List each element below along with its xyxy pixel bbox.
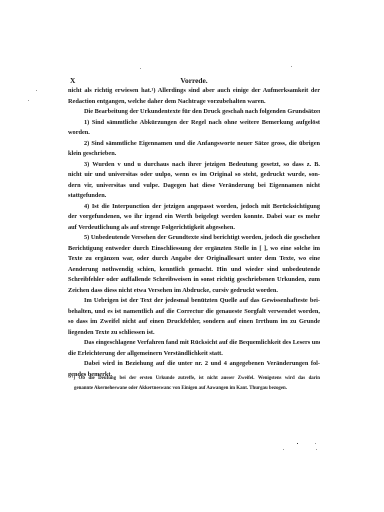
page-header: X Vorrede. <box>68 76 320 86</box>
running-title: Vorrede. <box>68 76 320 85</box>
scan-speck <box>36 90 37 91</box>
text-line: nicht uir und universitas oder uulpo, we… <box>68 170 320 181</box>
text-line: Dabei wird in Beziehung auf die unter nr… <box>68 359 320 370</box>
text-line: Schreibfehler oder auffallende Schreibwe… <box>68 275 320 286</box>
text-line: worden. <box>68 128 320 139</box>
scan-speck <box>283 449 284 450</box>
text-line: die Erleichterung der allgemeinern Verst… <box>68 349 320 360</box>
scan-speck <box>28 100 29 101</box>
scan-speck <box>297 443 298 444</box>
text-line: der vorgefundenen, wo ihr irgend ein Wer… <box>68 212 320 223</box>
text-line: Aenderung nothwendig schien, kenntlich g… <box>68 265 320 276</box>
text-line: 2) Sind sämmtliche Eigennamen und die An… <box>68 139 320 150</box>
scanned-page: X Vorrede. nicht als richtig erwiesen ha… <box>0 0 384 512</box>
scan-speck <box>140 68 141 69</box>
footnotes: ¹) Ob die Deutung bei der ersten Urkunde… <box>72 374 320 394</box>
footnote-line: genannte Akerneheswane oder Akkertneswan… <box>72 384 320 394</box>
text-line: so dass im Zweifel nicht auf einen Druck… <box>68 317 320 328</box>
scan-speck <box>316 449 317 450</box>
text-line: Berichtigung entweder durch Einschliessu… <box>68 244 320 255</box>
text-line: auf Verdeutlichung als auf strenge Folge… <box>68 223 320 234</box>
text-line: stattgefunden. <box>68 191 320 202</box>
scan-speck <box>291 66 292 67</box>
text-line: dern vir, universitas und vulpe. Dagegen… <box>68 181 320 192</box>
text-line: Redaction entgangen, welche daher dem Na… <box>68 97 320 108</box>
text-line: behalten, und es ist namentlich auf die … <box>68 307 320 318</box>
text-line: 5) Unbedeutende Versehen der Grundtexte … <box>68 233 320 244</box>
text-line: 3) Wurden v und u durchaus nach ihrer je… <box>68 160 320 171</box>
text-line: liegenden Texte zu schliessen ist. <box>68 328 320 339</box>
text-line: 4) Ist die Interpunction der jetzigen an… <box>68 202 320 213</box>
text-line: Im Uebrigen ist der Text der jedesmal be… <box>68 296 320 307</box>
text-line: Das eingeschlagene Verfahren fand mit Rü… <box>68 338 320 349</box>
scan-speck <box>315 443 316 444</box>
text-line: nicht als richtig erwiesen hat.¹) Allerd… <box>68 86 320 97</box>
text-line: Texte zu ergänzen war, oder durch Angabe… <box>68 254 320 265</box>
text-line: Die Bearbeitung der Urkundentexte für de… <box>68 107 320 118</box>
footnote-line: ¹) Ob die Deutung bei der ersten Urkunde… <box>72 374 320 384</box>
text-line: 1) Sind sämmtliche Abkürzungen der Regel… <box>68 118 320 129</box>
text-line: Zeichen dass diess nicht etwa Versehen i… <box>68 286 320 297</box>
text-line: klein geschrieben. <box>68 149 320 160</box>
body-text: nicht als richtig erwiesen hat.¹) Allerd… <box>68 86 320 380</box>
